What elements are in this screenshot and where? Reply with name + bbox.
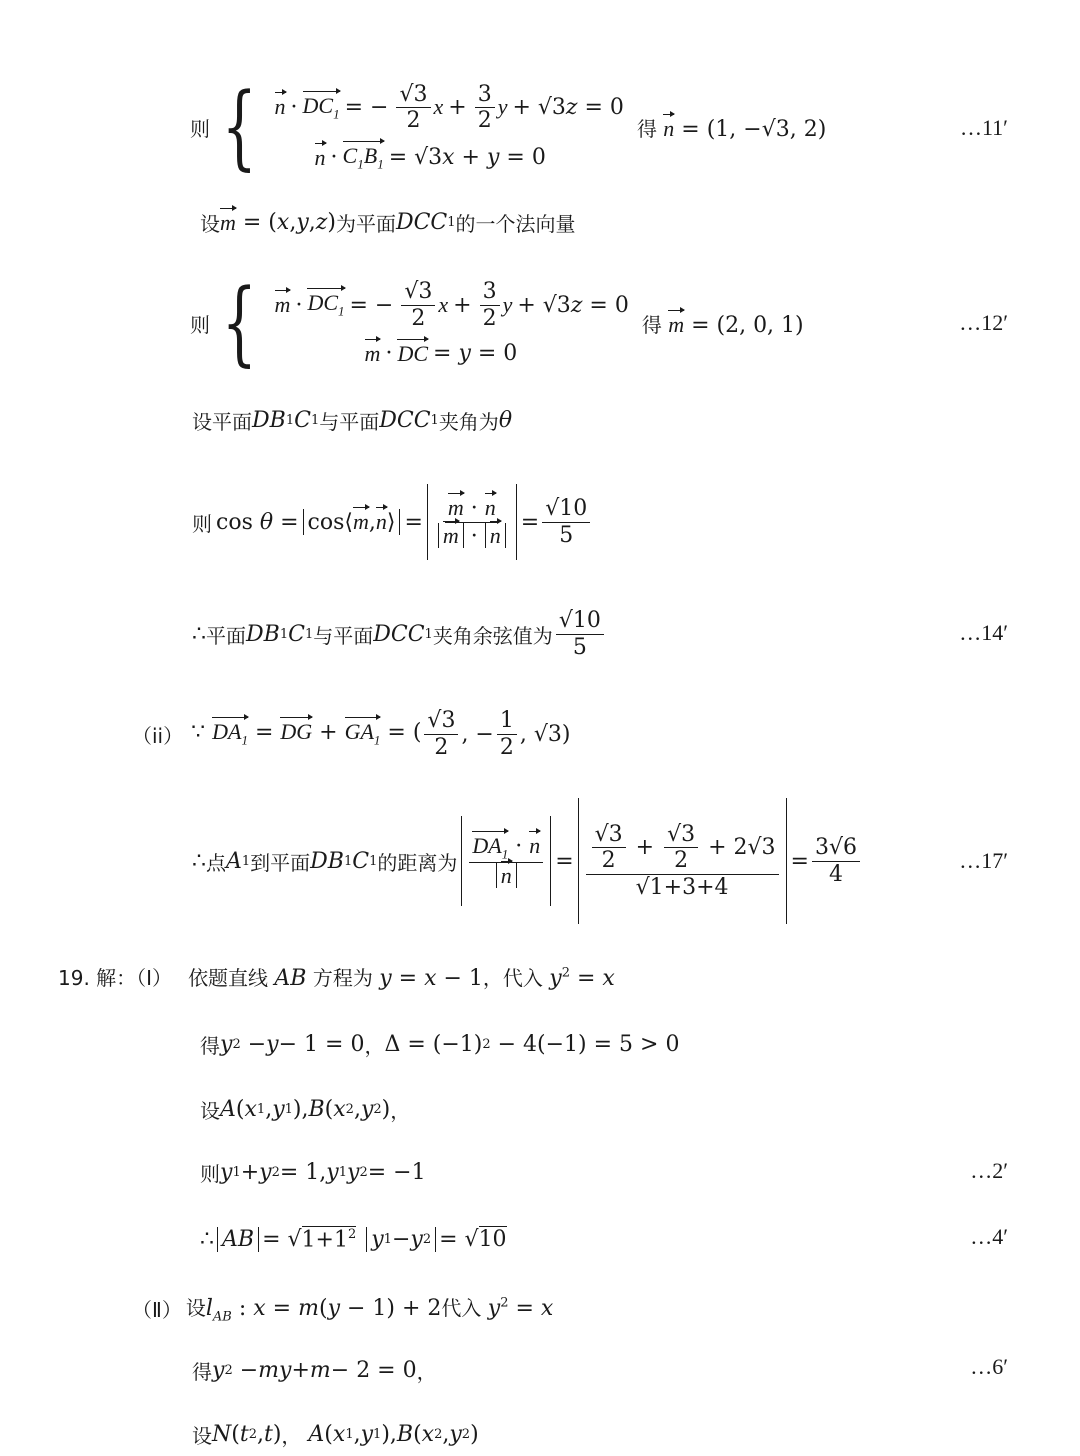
q19-line6: （Ⅱ） 设lAB : x = m(y − 1) + 2代入 y2 = x [132, 1292, 553, 1324]
normal-m-system: 则 { m·DC1 = − √32x + 32y + √3z = 0 m·DC … [190, 268, 804, 378]
q19-line4: 则 y1 + y2 = 1, y1y2 = −1 [200, 1158, 426, 1187]
set-theta-line: 设平面 DB1C1 与平面 DCC1 夹角为 θ [192, 406, 512, 435]
q19-line7: 得 y2 − my + m − 2 = 0， [192, 1356, 437, 1385]
brace-icon: { [222, 81, 257, 173]
score-6: …6′ [970, 1354, 1008, 1380]
cos-theta-line: 则 cos θ = cos⟨m, n⟩ = m · nm · n = √105 [192, 482, 593, 562]
q19-line8: 设 N(t2, t)， A(x1, y1), B(x2, y2) [192, 1420, 479, 1449]
score-2: …2′ [970, 1158, 1008, 1184]
q19-line1: 19. 解：（Ⅰ） 依题直线 AB 方程为 y = x − 1，代入 y2 = … [58, 962, 615, 991]
set-m-line: 设 m = (x, y, z) 为平面 DCC1 的一个法向量 [200, 208, 576, 237]
distance-line: ∴ 点 A1 到平面 DB1C1 的距离为 DA1 · nn = √32 + √… [192, 798, 863, 924]
q19-line2: 得 y2 − y − 1 = 0，Δ = (−1)2 − 4(−1) = 5 >… [200, 1030, 679, 1059]
score-4: …4′ [970, 1224, 1008, 1250]
brace-icon: { [222, 277, 257, 369]
score-17: …17′ [959, 848, 1008, 874]
score-14: …14′ [959, 620, 1008, 646]
score-12: …12′ [959, 310, 1008, 336]
prefix-ze: 则 [190, 113, 210, 142]
part-ii-line: （ii） ∵ DA1 = DG + GA1 = ( √32, − 12, √3) [132, 704, 570, 764]
q19-line3: 设 A(x1, y1), B(x2, y2)， [200, 1095, 410, 1124]
conclusion-cos-line: ∴ 平面 DB1C1 与平面 DCC1 夹角余弦值为 √105 [192, 604, 607, 664]
q19-line5: ∴ AB = √1+12 y1 − y2 = √10 [200, 1226, 507, 1252]
score-11: …11′ [960, 115, 1008, 141]
normal-n-system: 则 { n·DC1 = − √32x + 32y + √3z = 0 n·C1B… [190, 72, 826, 182]
